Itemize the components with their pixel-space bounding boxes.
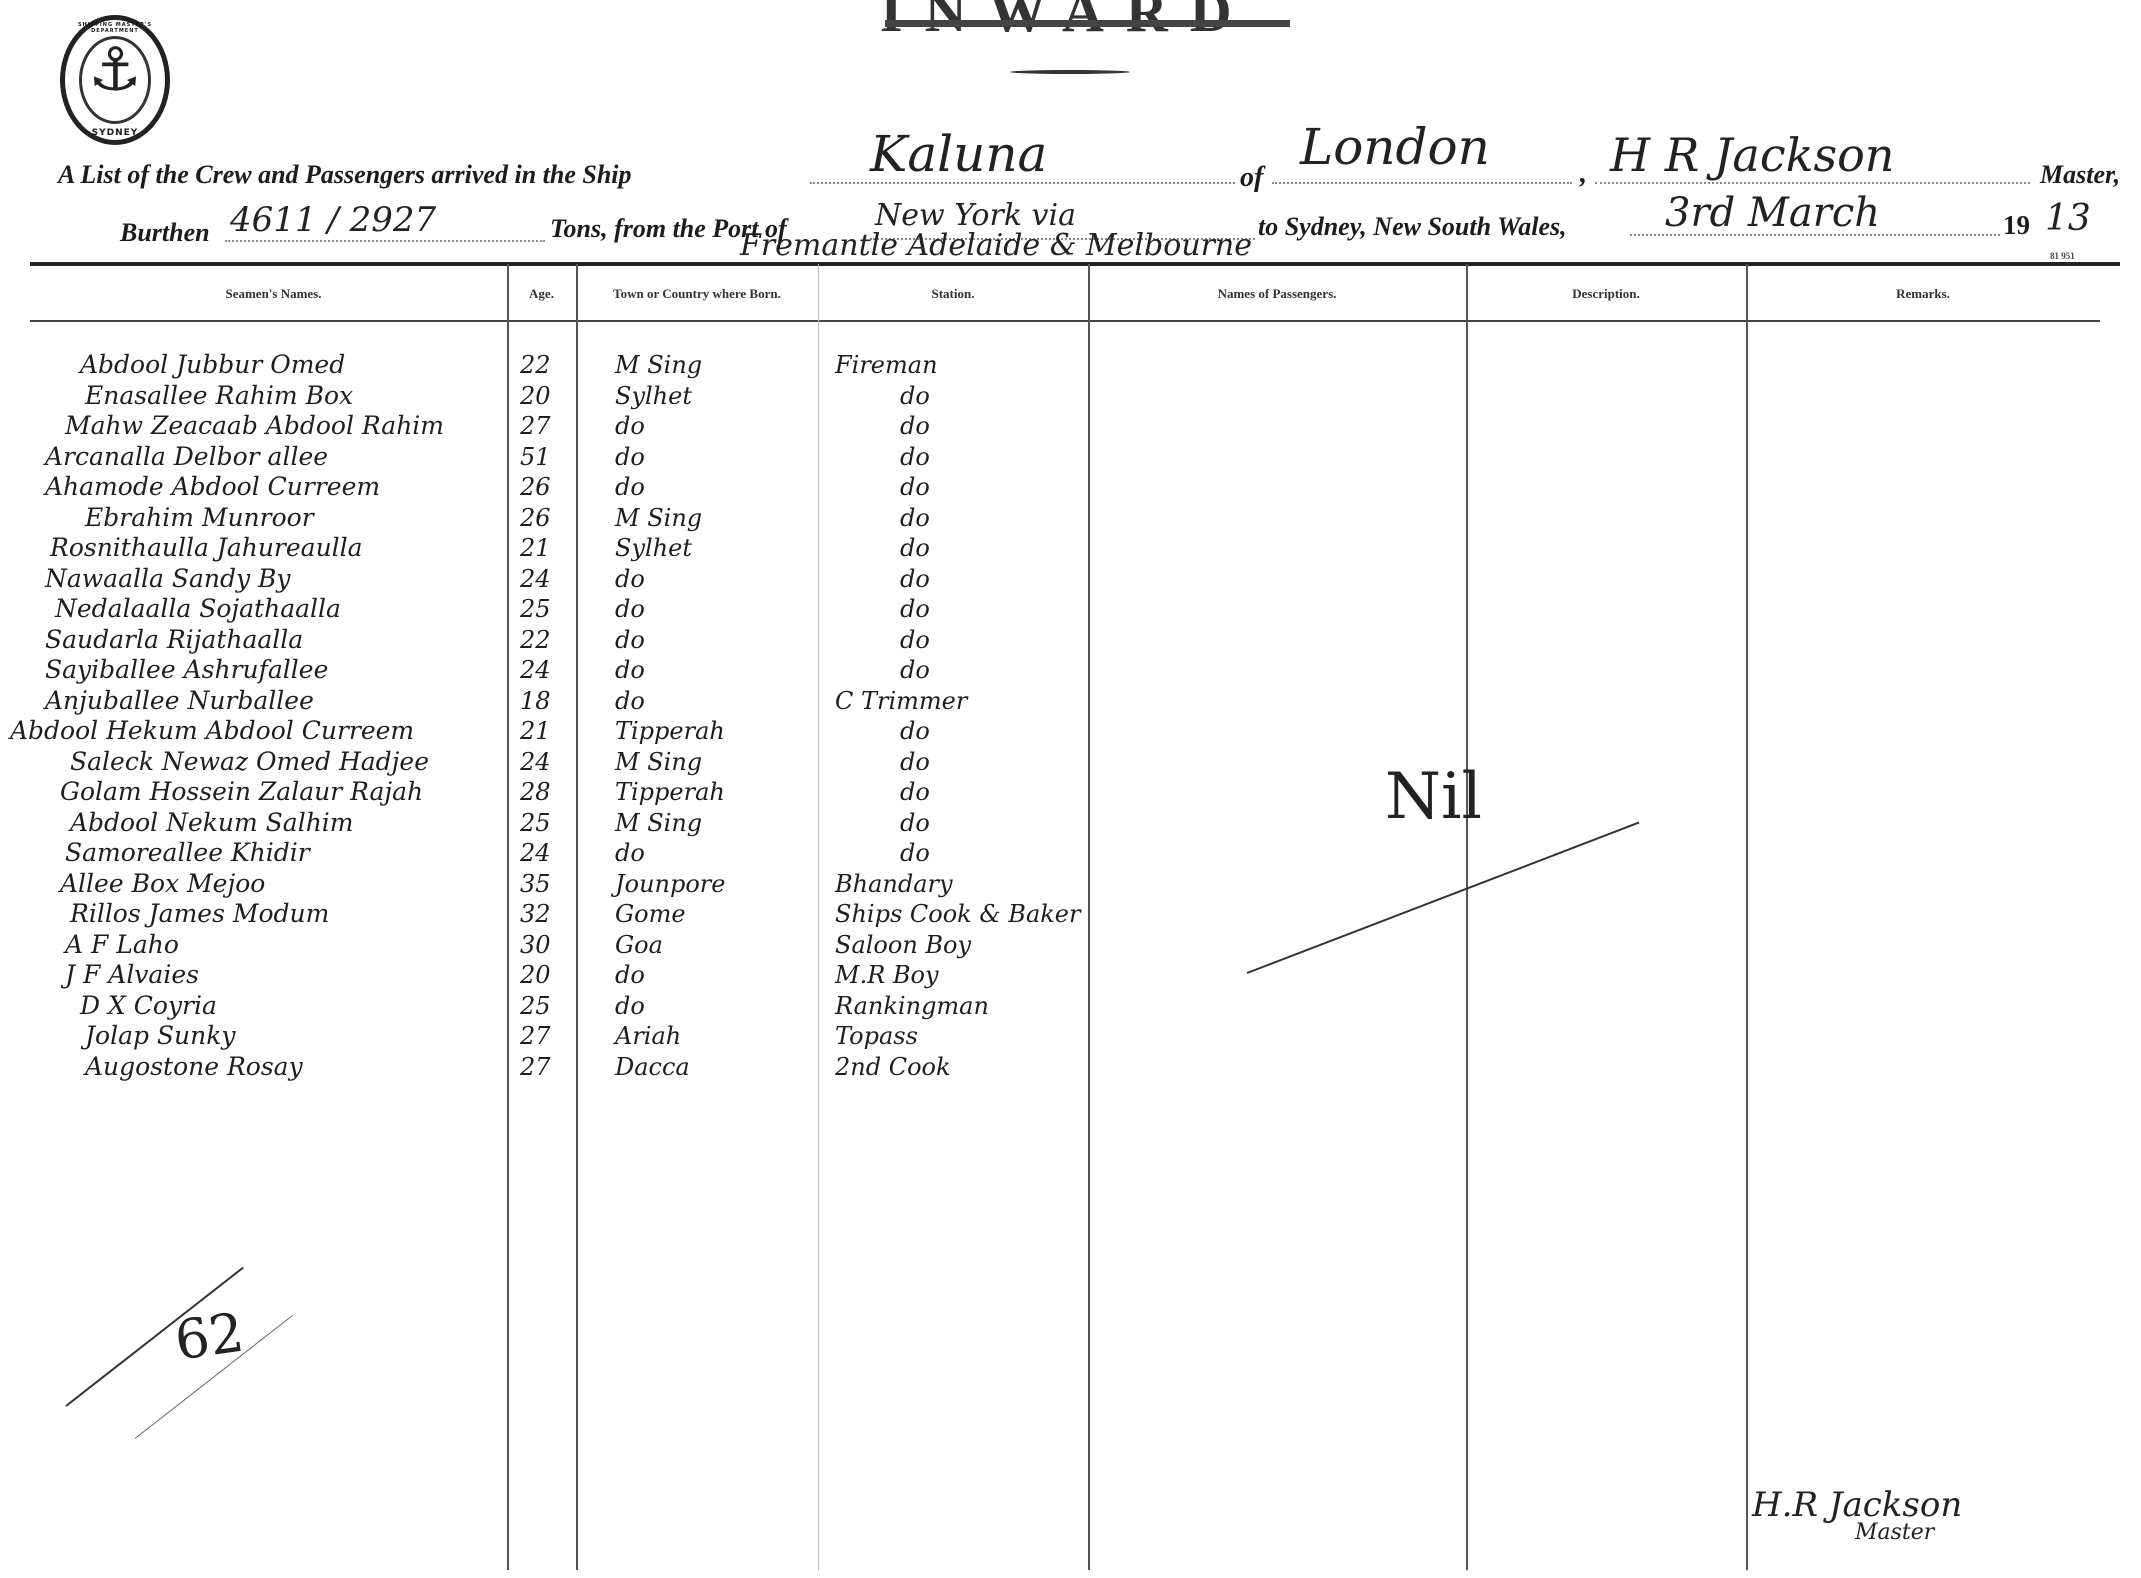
- seaman-age: 51: [520, 442, 551, 472]
- column-divider: [1088, 264, 1090, 1570]
- seaman-age: 35: [520, 869, 551, 899]
- seaman-station: do: [900, 808, 930, 838]
- seaman-age: 18: [520, 686, 551, 716]
- seaman-station: Bhandary: [835, 869, 953, 899]
- seaman-age: 24: [520, 747, 551, 777]
- seaman-birthplace: Sylhet: [615, 381, 692, 411]
- column-divider: [507, 264, 509, 1570]
- seaman-name: Jolap Sunky: [85, 1021, 236, 1051]
- year-prefix: 19: [2003, 210, 2030, 241]
- seaman-birthplace: M Sing: [615, 808, 702, 838]
- seaman-station: Topass: [835, 1021, 918, 1051]
- seaman-name: Arcanalla Delbor allee: [45, 442, 328, 472]
- seaman-name: Mahw Zeacaab Abdool Rahim: [65, 411, 444, 441]
- seaman-birthplace: do: [615, 564, 645, 594]
- seaman-name: Samoreallee Khidir: [65, 838, 310, 868]
- port-registry-field: [1272, 182, 1572, 184]
- seaman-age: 22: [520, 350, 551, 380]
- seaman-age: 27: [520, 1021, 551, 1051]
- burthen-label: Burthen: [120, 218, 210, 248]
- seaman-birthplace: do: [615, 838, 645, 868]
- seaman-age: 24: [520, 838, 551, 868]
- seaman-age: 22: [520, 625, 551, 655]
- column-divider: [1466, 264, 1468, 1570]
- seal-bottom-text: SYDNEY: [65, 128, 165, 138]
- seal-top-text: SHIPPING MASTER'S DEPARTMENT: [65, 22, 165, 34]
- seaman-station: 2nd Cook: [835, 1052, 951, 1082]
- comma: ,: [1580, 158, 1587, 190]
- seaman-name: Abdool Jubbur Omed: [80, 350, 345, 380]
- anchor-icon: ⚓: [65, 40, 165, 100]
- seaman-birthplace: Jounpore: [615, 869, 725, 899]
- column-divider: [818, 264, 819, 1570]
- seaman-station: do: [900, 411, 930, 441]
- seaman-station: do: [900, 716, 930, 746]
- seaman-station: do: [900, 838, 930, 868]
- seaman-station: Fireman: [835, 350, 938, 380]
- seaman-age: 20: [520, 960, 551, 990]
- seaman-name: Augostone Rosay: [85, 1052, 303, 1082]
- passengers-strike-line: [1247, 822, 1640, 974]
- shipping-department-seal: SHIPPING MASTER'S DEPARTMENT ⚓ SYDNEY: [60, 15, 170, 145]
- seaman-age: 27: [520, 411, 551, 441]
- seaman-name: J F Alvaies: [65, 960, 199, 990]
- seaman-age: 27: [520, 1052, 551, 1082]
- seaman-station: do: [900, 564, 930, 594]
- seaman-name: Abdool Nekum Salhim: [70, 808, 354, 838]
- seaman-age: 21: [520, 533, 551, 563]
- seaman-station: M.R Boy: [835, 960, 939, 990]
- seaman-birthplace: do: [615, 655, 645, 685]
- burthen-field: [225, 240, 545, 242]
- column-header-remarks: Remarks.: [1746, 286, 2100, 302]
- seaman-station: Rankingman: [835, 991, 989, 1021]
- seaman-birthplace: Tipperah: [615, 777, 725, 807]
- seaman-name: Abdool Hekum Abdool Curreem: [10, 716, 414, 746]
- seaman-name: Nedalaalla Sojathaalla: [55, 594, 341, 624]
- seaman-station: do: [900, 625, 930, 655]
- column-divider: [1746, 264, 1748, 1570]
- seaman-station: do: [900, 747, 930, 777]
- seaman-name: Ebrahim Munroor: [85, 503, 314, 533]
- seaman-age: 28: [520, 777, 551, 807]
- seaman-station: do: [900, 533, 930, 563]
- table-top-rule: [30, 262, 2120, 266]
- seaman-birthplace: do: [615, 472, 645, 502]
- ship-name: Kaluna: [870, 125, 1047, 183]
- seaman-name: Allee Box Mejoo: [60, 869, 265, 899]
- seaman-age: 24: [520, 564, 551, 594]
- master-name-field: [1595, 182, 2030, 184]
- seaman-station: do: [900, 503, 930, 533]
- seaman-birthplace: M Sing: [615, 747, 702, 777]
- seaman-birthplace: do: [615, 960, 645, 990]
- seaman-name: A F Laho: [65, 930, 179, 960]
- seaman-birthplace: do: [615, 411, 645, 441]
- seaman-age: 30: [520, 930, 551, 960]
- seaman-birthplace: M Sing: [615, 503, 702, 533]
- seaman-birthplace: do: [615, 594, 645, 624]
- seaman-birthplace: M Sing: [615, 350, 702, 380]
- header-prefix: A List of the Crew and Passengers arrive…: [58, 160, 632, 190]
- title-ornament: [1010, 70, 1130, 74]
- seaman-birthplace: do: [615, 686, 645, 716]
- seaman-name: Rosnithaulla Jahureaulla: [50, 533, 363, 563]
- passengers-nil-note: Nil: [1385, 760, 1482, 834]
- seaman-station: do: [900, 381, 930, 411]
- seaman-birthplace: do: [615, 625, 645, 655]
- destination-label: to Sydney, New South Wales,: [1258, 212, 1567, 242]
- seaman-station: Saloon Boy: [835, 930, 971, 960]
- seaman-age: 26: [520, 503, 551, 533]
- seaman-station: do: [900, 442, 930, 472]
- year-suffix: 13: [2045, 198, 2091, 239]
- column-header-birthplace: Town or Country where Born.: [576, 286, 818, 302]
- seaman-name: Nawaalla Sandy By: [45, 564, 291, 594]
- seaman-age: 26: [520, 472, 551, 502]
- title-underline: [885, 20, 1290, 27]
- master-signature-title: Master: [1855, 1520, 1934, 1545]
- seaman-age: 32: [520, 899, 551, 929]
- seaman-station: Ships Cook & Baker: [835, 899, 1080, 929]
- seaman-birthplace: do: [615, 442, 645, 472]
- seaman-birthplace: Dacca: [615, 1052, 690, 1082]
- burthen-value: 4611 / 2927: [230, 200, 436, 240]
- seaman-name: Rillos James Modum: [70, 899, 329, 929]
- seaman-age: 24: [520, 655, 551, 685]
- count-note: 62: [171, 1301, 248, 1373]
- seaman-station: do: [900, 655, 930, 685]
- column-header-passenger-names: Names of Passengers.: [1088, 286, 1466, 302]
- column-header-station: Station.: [818, 286, 1088, 302]
- table-header-rule: [30, 320, 2100, 322]
- column-header-seamen-names: Seamen's Names.: [40, 286, 507, 302]
- seaman-age: 25: [520, 594, 551, 624]
- seaman-birthplace: Gome: [615, 899, 686, 929]
- seaman-station: C Trimmer: [835, 686, 967, 716]
- seaman-name: Enasallee Rahim Box: [85, 381, 353, 411]
- seaman-name: D X Coyria: [80, 991, 217, 1021]
- seaman-station: do: [900, 472, 930, 502]
- seaman-age: 25: [520, 808, 551, 838]
- seaman-name: Golam Hossein Zalaur Rajah: [60, 777, 423, 807]
- seaman-birthplace: Goa: [615, 930, 663, 960]
- seaman-age: 20: [520, 381, 551, 411]
- seaman-age: 21: [520, 716, 551, 746]
- form-number: 81 951: [2050, 251, 2075, 261]
- seaman-name: Saudarla Rijathaalla: [45, 625, 303, 655]
- seaman-name: Saleck Newaz Omed Hadjee: [70, 747, 429, 777]
- seaman-birthplace: Tipperah: [615, 716, 725, 746]
- seaman-name: Sayiballee Ashrufallee: [45, 655, 328, 685]
- arrival-date: 3rd March: [1665, 190, 1880, 236]
- column-header-age: Age.: [507, 286, 576, 302]
- seaman-station: do: [900, 777, 930, 807]
- seaman-station: do: [900, 594, 930, 624]
- column-header-description: Description.: [1466, 286, 1746, 302]
- of-label: of: [1240, 162, 1263, 194]
- seaman-name: Ahamode Abdool Curreem: [45, 472, 380, 502]
- master-label: Master,: [2040, 160, 2120, 190]
- seaman-age: 25: [520, 991, 551, 1021]
- master-signature: H.R Jackson: [1752, 1485, 1962, 1525]
- port-of-registry: London: [1300, 118, 1490, 176]
- seaman-birthplace: Sylhet: [615, 533, 692, 563]
- seaman-name: Anjuballee Nurballee: [45, 686, 314, 716]
- master-name: H R Jackson: [1610, 128, 1894, 182]
- via-ports: Fremantle Adelaide & Melbourne: [740, 228, 1252, 263]
- column-divider: [576, 264, 578, 1570]
- seaman-birthplace: do: [615, 991, 645, 1021]
- seaman-birthplace: Ariah: [615, 1021, 681, 1051]
